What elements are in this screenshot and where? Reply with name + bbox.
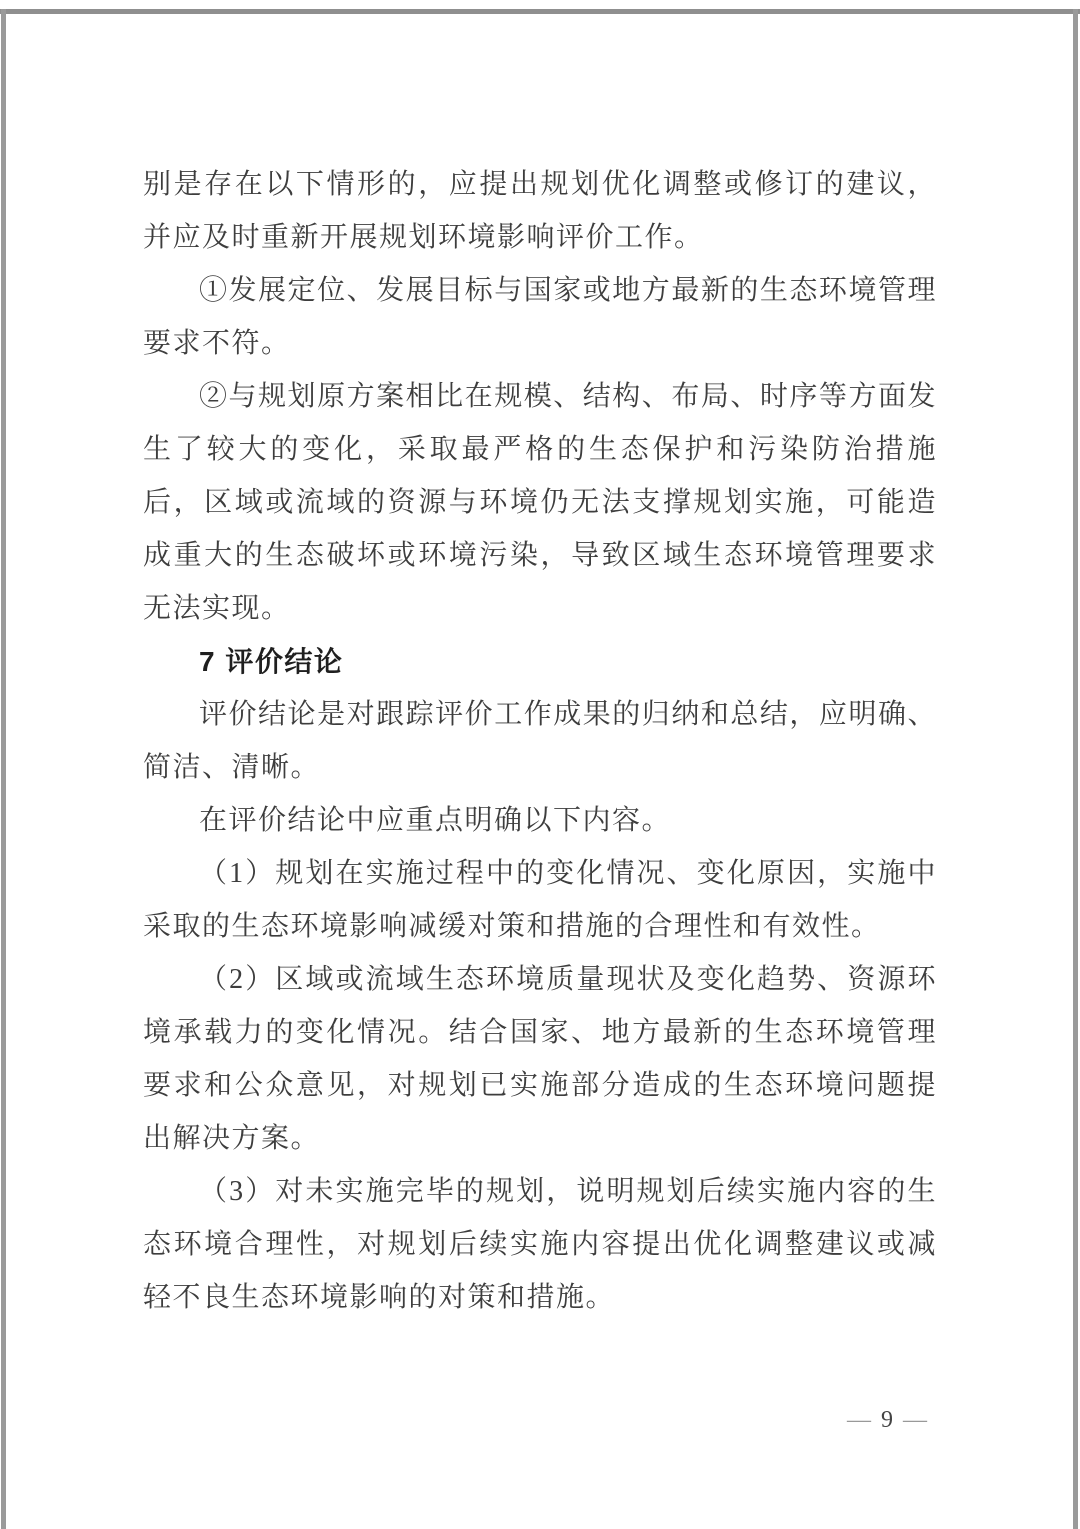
- page-number: —9—: [143, 1405, 937, 1435]
- page-right-edge-line: [1073, 9, 1078, 1529]
- paragraph: 在评价结论中应重点明确以下内容。: [143, 794, 937, 847]
- numbered-item-1: ①发展定位、发展目标与国家或地方最新的生态环境管理要求不符。: [143, 264, 937, 370]
- document-page: 别是存在以下情形的，应提出规划优化调整或修订的建议，并应及时重新开展规划环境影响…: [0, 0, 1080, 1529]
- page-number-right-dash: —: [893, 1407, 937, 1433]
- page-body: 别是存在以下情形的，应提出规划优化调整或修订的建议，并应及时重新开展规划环境影响…: [143, 158, 937, 1324]
- list-item-1: （1）规划在实施过程中的变化情况、变化原因，实施中采取的生态环境影响减缓对策和措…: [143, 847, 937, 953]
- page-number-value: 9: [881, 1407, 893, 1433]
- paragraph-continuation: 别是存在以下情形的，应提出规划优化调整或修订的建议，并应及时重新开展规划环境影响…: [143, 158, 937, 264]
- list-item-3: （3）对未实施完毕的规划，说明规划后续实施内容的生态环境合理性，对规划后续实施内…: [143, 1165, 937, 1324]
- paragraph: 评价结论是对跟踪评价工作成果的归纳和总结，应明确、简洁、清晰。: [143, 688, 937, 794]
- section-heading: 7 评价结论: [143, 635, 937, 688]
- page-number-left-dash: —: [837, 1407, 881, 1433]
- numbered-item-2: ②与规划原方案相比在规模、结构、布局、时序等方面发生了较大的变化，采取最严格的生…: [143, 370, 937, 635]
- list-item-2: （2）区域或流域生态环境质量现状及变化趋势、资源环境承载力的变化情况。结合国家、…: [143, 953, 937, 1165]
- page-top-edge-line: [0, 9, 1080, 14]
- page-left-edge-line: [1, 9, 6, 1529]
